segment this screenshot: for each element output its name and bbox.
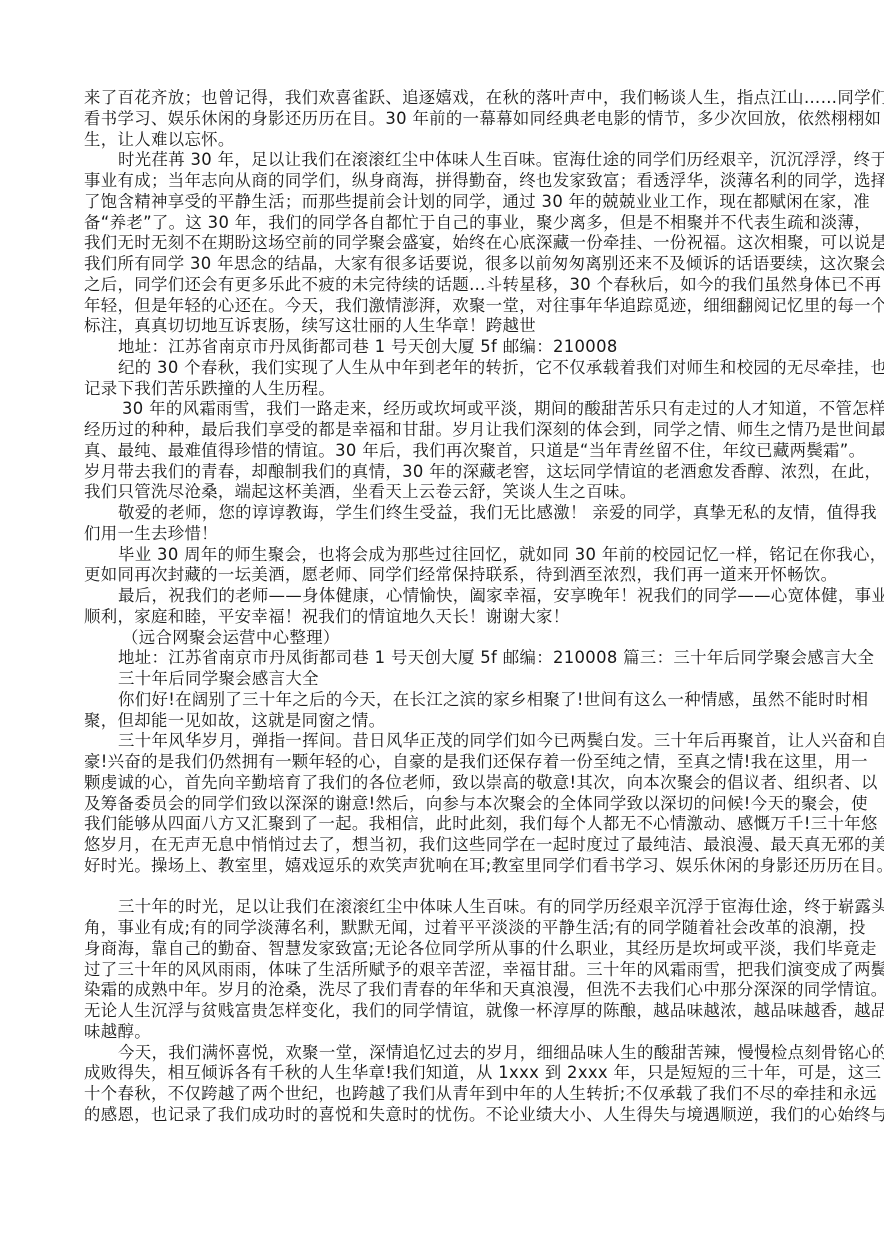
text-line: 最后，祝我们的老师——身体健康，心情愉快，阖家幸福，安享晚年！祝我们的同学——心… <box>84 586 804 607</box>
text-line: 的感恩，也记录了我们成功时的喜悦和失意时的忧伤。不论业绩大小、人生得失与境遇顺逆… <box>84 1105 804 1126</box>
text-line: 我们所有同学 30 年思念的结晶，大家有很多话要说，很多以前匆匆离别还来不及倾诉… <box>84 254 804 275</box>
text-line: 聚，但却能一见如故，这就是同窗之情。 <box>84 711 804 732</box>
text-line: 无论人生沉浮与贫贱富贵怎样变化，我们的同学情谊，就像一杯淳厚的陈酿，越品味越浓，… <box>84 1001 804 1022</box>
text-line: （远合网聚会运营中心整理） <box>84 628 804 649</box>
text-line: 三十年的时光，足以让我们在滚滚红尘中体味人生百味。有的同学历经艰辛沉浮于宦海仕途… <box>84 897 804 918</box>
text-line: 来了百花齐放；也曾记得，我们欢喜雀跃、追逐嬉戏，在秋的落叶声中，我们畅谈人生，指… <box>84 88 804 109</box>
text-line: 30 年的风霜雨雪，我们一路走来，经历或坎坷或平淡，期间的酸甜苦乐只有走过的人才… <box>84 399 804 420</box>
text-line: 今天，我们满怀喜悦，欢聚一堂，深情追忆过去的岁月，细细品味人生的酸甜苦辣，慢慢检… <box>84 1043 804 1064</box>
text-line: 事业有成；当年志向从商的同学们，纵身商海，拼得勤奋，终也发家致富；看透浮华，淡薄… <box>84 171 804 192</box>
text-line: 更如同再次封藏的一坛美酒，愿老师、同学们经常保持联系，待到酒至浓烈，我们再一道来… <box>84 565 804 586</box>
document-page: 来了百花齐放；也曾记得，我们欢喜雀跃、追逐嬉戏，在秋的落叶声中，我们畅谈人生，指… <box>84 88 804 1126</box>
text-line: 悠岁月，在无声无息中悄悄过去了，想当初，我们这些同学在一起时度过了最纯洁、最浪漫… <box>84 835 804 856</box>
text-line: 好时光。操场上、教室里，嬉戏逗乐的欢笑声犹响在耳;教室里同学们看书学习、娱乐休闲… <box>84 856 804 877</box>
text-line: 我们无时无刻不在期盼这场空前的同学聚会盛宴，始终在心底深藏一份牵挂、一份祝福。这… <box>84 233 804 254</box>
text-line: 看书学习、娱乐休闲的身影还历历在目。30 年前的一幕幕如同经典老电影的情节，多少… <box>84 109 804 130</box>
text-line: 之后，同学们还会有更多乐此不疲的未完待续的话题…斗转星移，30 个春秋后，如今的… <box>84 275 804 296</box>
text-line: 三十年后同学聚会感言大全 <box>84 669 804 690</box>
text-line: 备“养老”了。这 30 年，我们的同学各自都忙于自己的事业，聚少离多，但是不相聚… <box>84 213 804 234</box>
text-line: 成败得失，相互倾诉各有千秋的人生华章!我们知道，从 1xxx 到 2xxx 年，… <box>84 1063 804 1084</box>
text-line: 顺利，家庭和睦，平安幸福！祝我们的情谊地久天长！谢谢大家！ <box>84 607 804 628</box>
text-line: 过了三十年的风风雨雨，体味了生活所赋予的艰辛苦涩，幸福甘甜。三十年的风霜雨雪，把… <box>84 960 804 981</box>
text-line: 染霜的成熟中年。岁月的沧桑，洗尽了我们青春的年华和天真浪漫，但洗不去我们心中那分… <box>84 980 804 1001</box>
text-line: 生，让人难以忘怀。 <box>84 130 804 151</box>
text-line: 敬爱的老师，您的谆谆教诲，学生们终生受益，我们无比感激！ 亲爱的同学，真挚无私的… <box>84 503 804 524</box>
text-line: 三十年风华岁月，弹指一挥间。昔日风华正茂的同学们如今已两鬓白发。三十年后再聚首，… <box>84 731 804 752</box>
text-line: 我们只管洗尽沧桑，端起这杯美酒，坐看天上云卷云舒，笑谈人生之百味。 <box>84 482 804 503</box>
text-line: 记录下我们苦乐跌撞的人生历程。 <box>84 379 804 400</box>
text-line: 纪的 30 个春秋，我们实现了人生从中年到老年的转折，它不仅承载着我们对师生和校… <box>84 358 804 379</box>
text-line: 们用一生去珍惜！ <box>84 524 804 545</box>
text-line: 豪!兴奋的是我们仍然拥有一颗年轻的心，自豪的是我们还保存着一份至纯之情，至真之情… <box>84 752 804 773</box>
text-line: 年轻，但是年轻的心还在。今天，我们激情澎湃，欢聚一堂，对往事年华追踪觅迹，细细翻… <box>84 296 804 317</box>
text-line: 岁月带去我们的青春，却酿制我们的真情，30 年的深藏老窖，这坛同学情谊的老酒愈发… <box>84 462 804 483</box>
text-line: 毕业 30 周年的师生聚会，也将会成为那些过往回忆，就如同 30 年前的校园记忆… <box>84 545 804 566</box>
text-line: 地址：江苏省南京市丹凤街都司巷 1 号天创大厦 5f 邮编：210008 篇三：… <box>84 648 804 669</box>
text-line: 真、最纯、最难值得珍惜的情谊。30 年后，我们再次聚首，只道是“当年青丝留不住，… <box>84 441 804 462</box>
text-line: 十个春秋，不仅跨越了两个世纪，也跨越了我们从青年到中年的人生转折;不仅承载了我们… <box>84 1084 804 1105</box>
text-line: 你们好!在阔别了三十年之后的今天，在长江之滨的家乡相聚了!世间有这么一种情感，虽… <box>84 690 804 711</box>
text-line: 身商海，靠自己的勤奋、智慧发家致富;无论各位同学所从事的什么职业，其经历是坎坷或… <box>84 939 804 960</box>
text-line: 角，事业有成;有的同学淡薄名利，默默无闻，过着平平淡淡的平静生活;有的同学随着社… <box>84 918 804 939</box>
text-line: 地址：江苏省南京市丹凤街都司巷 1 号天创大厦 5f 邮编：210008 <box>84 337 804 358</box>
text-line: 味越醇。 <box>84 1022 804 1043</box>
text-line: 标注，真真切切地互诉衷肠，续写这壮丽的人生华章！跨越世 <box>84 316 804 337</box>
text-line: 了饱含精神享受的平静生活；而那些提前会计划的同学，通过 30 年的兢兢业业工作，… <box>84 192 804 213</box>
text-line: 我们能够从四面八方又汇聚到了一起。我相信，此时此刻，我们每个人都无不心情激动、感… <box>84 814 804 835</box>
text-line: 颗虔诚的心，首先向辛勤培育了我们的各位老师，致以崇高的敬意!其次，向本次聚会的倡… <box>84 773 804 794</box>
blank-line <box>84 877 804 898</box>
text-line: 及筹备委员会的同学们致以深深的谢意!然后，向参与本次聚会的全体同学致以深切的问候… <box>84 794 804 815</box>
text-line: 时光荏苒 30 年，足以让我们在滚滚红尘中体味人生百味。宦海仕途的同学们历经艰辛… <box>84 150 804 171</box>
text-line: 经历过的种种，最后我们享受的都是幸福和甘甜。岁月让我们深刻的体会到，同学之情、师… <box>84 420 804 441</box>
